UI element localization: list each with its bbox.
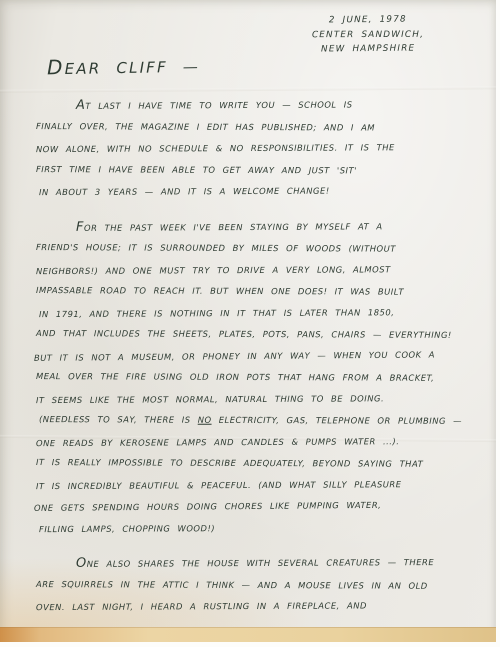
letter-line: neighbors!) and one must try to drive a … [36,258,472,282]
letter-line: But it is not a museum, or phoney in any… [34,344,472,369]
letter-paper: 2 June, 1978 Center Sandwich, New Hampsh… [0,0,496,641]
heading-date: 2 June, 1978 [292,12,444,28]
heading-state: New Hampshire [292,41,444,57]
letter-line: impassable road to reach it. But when on… [36,280,472,303]
letter-line: For the past week I've been staying by m… [36,214,472,239]
letter-line: It is really impossible to describe adeq… [36,452,472,475]
letter-line: filling lamps, chopping wood!) [39,516,472,540]
emphasized-word: no [198,415,212,425]
letter-line: one reads by kerosene lamps and candles … [36,430,472,454]
letter-line: one gets spending hours doing chores lik… [34,494,472,519]
letter-line: are squirrels in the attic I think — and… [36,574,472,597]
letter-line: (Needless to say, there is no electricit… [39,409,472,432]
letter-line: meal over the fire using old iron pots t… [36,366,472,389]
letter-line: oven. Last night, I heard a rustling in … [36,595,472,619]
letter-line: now alone, with no schedule & no respons… [36,137,472,161]
letter-line: and that includes the sheets, plates, po… [36,323,472,346]
paragraph-1: At last I have time to write you — schoo… [36,94,472,203]
paper-crease [0,86,496,92]
letter-line: it is incredibly beautiful & peaceful. (… [36,473,472,497]
letter-line: in about 3 years — and it is a welcome c… [39,180,472,204]
letter-body: At last I have time to write you — schoo… [36,94,472,618]
letter-line: finally over, the magazine I edit has pu… [36,116,472,139]
line-segment: (Needless to say, there is [39,414,198,425]
heading-city: Center Sandwich, [292,27,444,42]
salutation: Dear Cliff — [47,53,200,80]
letter-line: friend's house; it is surrounded by mile… [36,237,472,260]
letter-line: One also shares the house with several c… [36,551,472,576]
paper-bottom-edge [0,627,496,642]
line-segment: electricity, gas, telephone or plumbing … [212,415,463,426]
paragraph-2: For the past week I've been staying by m… [36,216,472,540]
letter-line: first time I have been able to get away … [36,159,472,182]
letter-line: At last I have time to write you — schoo… [36,93,472,118]
letter-line: in 1791, and there is nothing in it that… [39,301,472,325]
paragraph-3: One also shares the house with several c… [36,552,472,618]
letter-heading: 2 June, 1978 Center Sandwich, New Hampsh… [292,12,444,57]
letter-line: it seems like the most normal, natural t… [36,387,472,411]
letter-scan: 2 June, 1978 Center Sandwich, New Hampsh… [0,0,500,647]
